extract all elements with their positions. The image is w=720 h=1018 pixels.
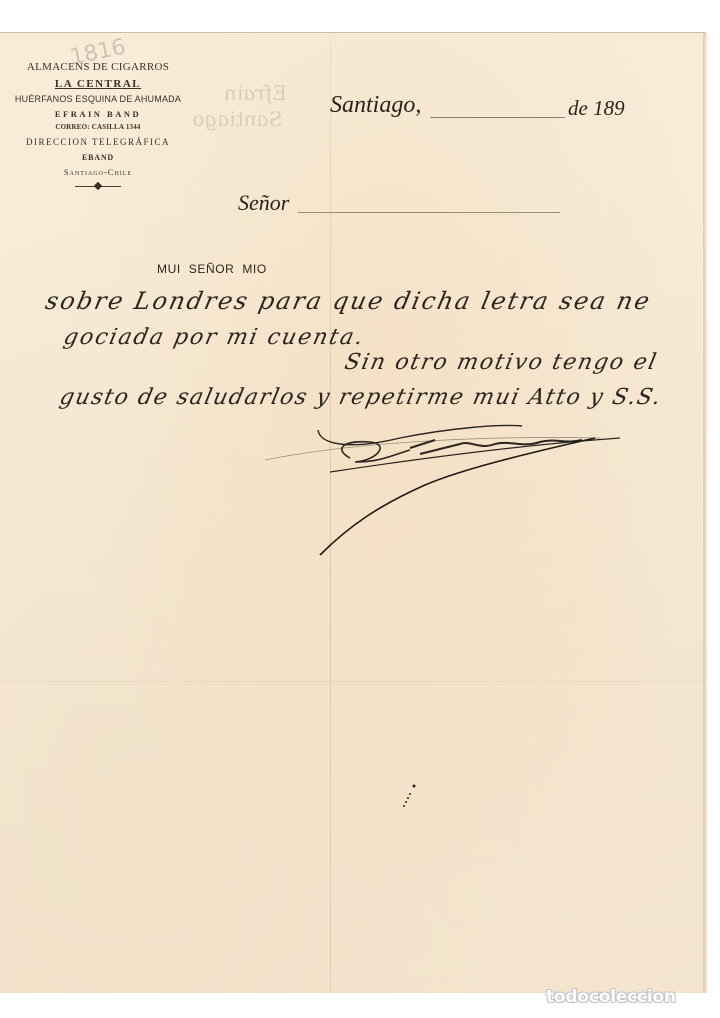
- watermark-logo: todocoleccion: [546, 987, 676, 1007]
- horizontal-fold-crease: [0, 681, 706, 682]
- letterhead-store-name: LA CENTRAL: [8, 79, 188, 90]
- letterhead-owner: EFRAIN BAND: [8, 110, 188, 119]
- letterhead-postbox: CORREO: CASILLA 1344: [8, 124, 188, 131]
- ghost-line: Santiago: [190, 106, 284, 132]
- salutation: MUI SEÑOR MIO: [157, 262, 267, 276]
- ornament-divider-icon: [75, 186, 121, 187]
- year-prefix: de 189: [568, 96, 625, 121]
- letterhead: ALMACENS DE CIGARROS LA CENTRAL HUÉRFANO…: [8, 62, 188, 187]
- date-blank-line: [430, 117, 565, 118]
- ink-speck-icon: [400, 782, 420, 812]
- signature: [260, 410, 640, 565]
- ink-specks: [400, 782, 420, 817]
- handwritten-line-3: Sin otro motivo tengo el: [342, 350, 660, 375]
- recipient-label: Señor: [238, 190, 289, 216]
- ghost-line: Efrain: [195, 80, 289, 106]
- letterhead-store-type: ALMACENS DE CIGARROS: [8, 62, 188, 73]
- recipient-blank-line: [298, 212, 560, 213]
- place-label: Santiago,: [330, 92, 421, 119]
- letterhead-telegraph-address: EBAND: [8, 154, 188, 162]
- handwritten-line-4: gusto de saludarlos y repetirme mui Atto…: [57, 385, 664, 410]
- letterhead-city: Santiago-Chile: [8, 168, 188, 177]
- handwritten-line-2: gociada por mi cuenta.: [61, 325, 367, 350]
- letterhead-address: HUÉRFANOS ESQUINA DE AHUMADA: [8, 95, 188, 104]
- ghost-offset-text: Efrain Santiago: [190, 80, 289, 132]
- letterhead-telegraph-label: DIRECCION TELEGRÁFICA: [8, 138, 188, 147]
- handwritten-line-1: sobre Londres para que dicha letra sea n…: [43, 287, 654, 315]
- signature-flourish-icon: [260, 410, 640, 560]
